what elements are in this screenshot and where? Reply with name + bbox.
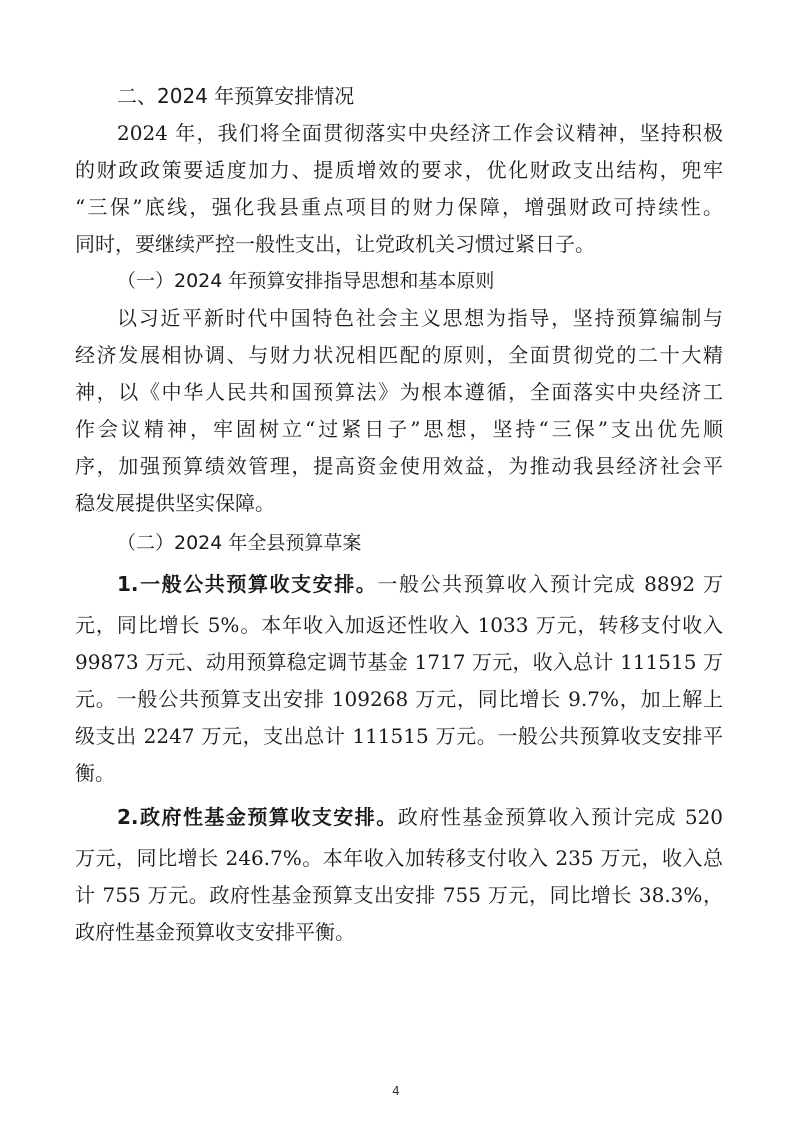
subsection-1-line-2: 经济发展相协调、与财力状况相匹配的原则，全面贯彻党的二十大精: [75, 340, 723, 370]
item-1-line-5: 级支出 2247 万元，支出总计 111515 万元。一般公共预算收支安排平: [75, 721, 723, 751]
intro-line-3: “三保”底线，强化我县重点项目的财力保障，增强财政可持续性。: [75, 192, 723, 222]
item-1-first-line-text: 一般公共预算收入预计完成 8892 万: [377, 572, 723, 596]
subsection-2-heading: （二）2024 年全县预算草案: [117, 528, 723, 558]
intro-line-2: 的财政政策要适度加力、提质增效的要求，优化财政支出结构，兜牢: [75, 155, 723, 185]
item-1-line-6: 衡。: [75, 758, 723, 788]
item-2-first-line-text: 政府性基金预算收入预计完成 520: [398, 805, 723, 829]
document-page: 二、2024 年预算安排情况 2024 年，我们将全面贯彻落实中央经济工作会议精…: [0, 0, 793, 1122]
item-1-first-line: 1.一般公共预算收支安排。一般公共预算收入预计完成 8892 万: [117, 569, 723, 599]
intro-line-1: 2024 年，我们将全面贯彻落实中央经济工作会议精神，坚持积极: [117, 118, 723, 148]
subsection-1-line-3: 神，以《中华人民共和国预算法》为根本遵循，全面落实中央经济工: [75, 377, 723, 407]
item-1-title: 1.一般公共预算收支安排。: [117, 572, 377, 596]
subsection-1-line-5: 序，加强预算绩效管理，提高资金使用效益，为推动我县经济社会平: [75, 451, 723, 481]
subsection-1-heading: （一）2024 年预算安排指导思想和基本原则: [117, 266, 723, 296]
intro-line-4: 同时，要继续严控一般性支出，让党政机关习惯过紧日子。: [75, 229, 723, 259]
item-2-line-3: 计 755 万元。政府性基金预算支出安排 755 万元，同比增长 38.3%，: [75, 880, 723, 910]
subsection-1-line-4: 作会议精神，牢固树立“过紧日子”思想，坚持“三保”支出优先顺: [75, 414, 723, 444]
item-1-line-4: 元。一般公共预算支出安排 109268 万元，同比增长 9.7%，加上解上: [75, 684, 723, 714]
page-number: 4: [386, 1084, 406, 1098]
item-2-line-4: 政府性基金预算收支安排平衡。: [75, 917, 723, 947]
item-1-line-2: 元，同比增长 5%。本年收入加返还性收入 1033 万元，转移支付收入: [75, 610, 723, 640]
item-2-first-line: 2.政府性基金预算收支安排。政府性基金预算收入预计完成 520: [117, 802, 723, 832]
item-2-title: 2.政府性基金预算收支安排。: [117, 805, 398, 829]
subsection-1-line-6: 稳发展提供坚实保障。: [75, 488, 723, 518]
item-1-line-3: 99873 万元、动用预算稳定调节基金 1717 万元，收入总计 111515 …: [75, 647, 723, 677]
subsection-1-line-1: 以习近平新时代中国特色社会主义思想为指导，坚持预算编制与: [117, 303, 723, 333]
item-2-line-2: 万元，同比增长 246.7%。本年收入加转移支付收入 235 万元，收入总: [75, 843, 723, 873]
section-heading: 二、2024 年预算安排情况: [117, 81, 723, 111]
